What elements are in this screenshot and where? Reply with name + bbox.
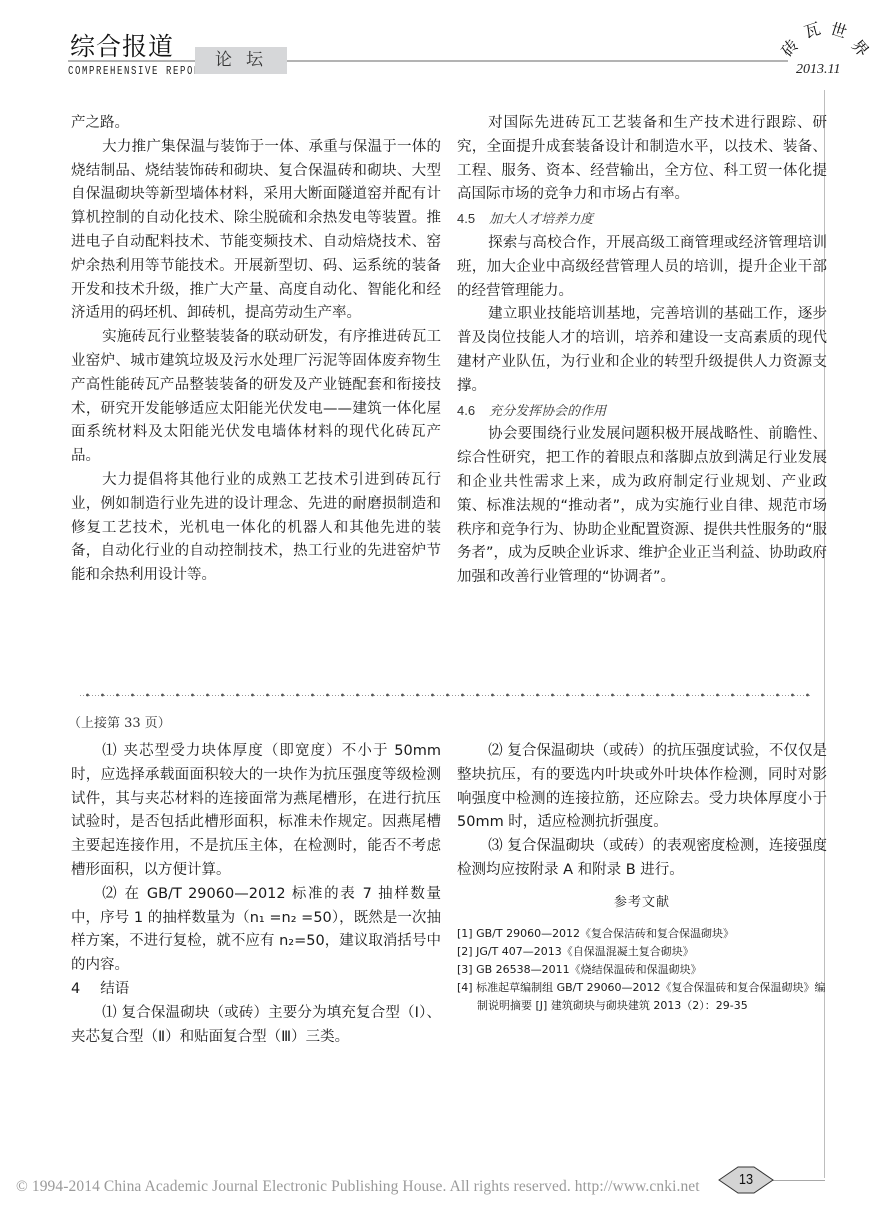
brand-char: 界 xyxy=(847,34,875,61)
reference-item: [3] GB 26538—2011《烧结保温砖和保温砌块》 xyxy=(457,961,827,979)
brand-char: 瓦 xyxy=(801,16,823,43)
paragraph: 协会要围绕行业发展问题积极开展战略性、前瞻性、综合性研究，把工作的着眼点和落脚点… xyxy=(457,423,827,590)
heading-text: 充分发挥协会的作用 xyxy=(489,404,606,419)
paragraph: 大力提倡将其他行业的成熟工艺技术引进到砖瓦行业，例如制造行业先进的设计理念、先进… xyxy=(71,469,441,588)
issue-date: 2013.11 xyxy=(796,62,840,78)
article-bottom-right-column: ⑵ 复合保温砌块（或砖）的抗压强度试验，不仅仅是整块抗压，有的要选内叶块或外叶块… xyxy=(457,740,827,1015)
section-heading-conclusion: 4结语 xyxy=(71,978,441,1002)
references-title: 参考文献 xyxy=(457,891,827,915)
section-title: 综合报道 xyxy=(70,32,174,62)
page-number-badge: 13 xyxy=(718,1166,774,1194)
copyright-footer: © 1994-2014 China Academic Journal Elect… xyxy=(16,1178,700,1196)
paragraph: 实施砖瓦行业整装装备的联动研发，有序推进砖瓦工业窑炉、城市建筑垃圾及污水处理厂污… xyxy=(71,326,441,469)
heading-text: 结语 xyxy=(100,981,129,997)
continued-from-note: （上接第 33 页） xyxy=(68,712,171,731)
paragraph: ⑶ 复合保温砌块（或砖）的表观密度检测，连接强度检测均应按附录 A 和附录 B … xyxy=(457,835,827,883)
paragraph: 产之路。 xyxy=(71,112,441,136)
paragraph: 大力推广集保温与装饰于一体、承重与保温于一体的烧结制品、烧结装饰砖和砌块、复合保… xyxy=(71,136,441,326)
heading-number: 4.5 xyxy=(457,211,475,226)
brand-char: 砖 xyxy=(775,34,803,61)
heading-number: 4.6 xyxy=(457,403,475,418)
reference-item: [4] 标准起草编制组 GB/T 29060—2012《复合保温砖和复合保温砌块… xyxy=(457,979,827,1015)
header-rule xyxy=(68,60,788,62)
heading-number: 4 xyxy=(71,981,80,997)
section-subtitle: COMPREHENSIVE REPORT xyxy=(68,65,208,78)
paragraph: ⑵ 复合保温砌块（或砖）的抗压强度试验，不仅仅是整块抗压，有的要选内叶块或外叶块… xyxy=(457,740,827,835)
journal-brand-logo: 砖 瓦 世 界 xyxy=(777,12,873,60)
section-heading-4-5: 4.5加大人才培养力度 xyxy=(457,207,827,232)
paragraph: ⑵ 在 GB/T 29060—2012 标准的表 7 抽样数量中，序号 1 的抽… xyxy=(71,883,441,978)
heading-text: 加大人才培养力度 xyxy=(489,212,593,227)
article-top-right-column: 对国际先进砖瓦工艺装备和生产技术进行跟踪、研究，全面提升成套装备设计和制造水平，… xyxy=(457,112,827,590)
dotted-diamond-separator xyxy=(80,692,810,698)
paragraph: ⑴ 复合保温砌块（或砖）主要分为填充复合型（Ⅰ）、夹芯复合型（Ⅱ）和贴面复合型（… xyxy=(71,1002,441,1050)
column-tab-label: 论坛 xyxy=(195,47,287,74)
references-list: [1] GB/T 29060—2012《复合保洁砖和复合保温砌块》 [2] JG… xyxy=(457,925,827,1015)
article-top-left-column: 产之路。 大力推广集保温与装饰于一体、承重与保温于一体的烧结制品、烧结装饰砖和砌… xyxy=(71,112,441,588)
section-heading-4-6: 4.6充分发挥协会的作用 xyxy=(457,399,827,424)
page-number: 13 xyxy=(722,1171,770,1188)
paragraph: 对国际先进砖瓦工艺装备和生产技术进行跟踪、研究，全面提升成套装备设计和制造水平，… xyxy=(457,112,827,207)
reference-item: [2] JG/T 407—2013《自保温混凝土复合砌块》 xyxy=(457,943,827,961)
paragraph: 建立职业技能培训基地，完善培训的基础工作，逐步普及岗位技能人才的培训，培养和建设… xyxy=(457,303,827,398)
brand-char: 世 xyxy=(828,16,850,43)
paragraph: 探索与高校合作，开展高级工商管理或经济管理培训班，加大企业中高级经营管理人员的培… xyxy=(457,232,827,303)
paragraph: ⑴ 夹芯型受力块体厚度（即宽度）不小于 50mm 时，应选择承载面面积较大的一块… xyxy=(71,740,441,883)
article-bottom-left-column: ⑴ 夹芯型受力块体厚度（即宽度）不小于 50mm 时，应选择承载面面积较大的一块… xyxy=(71,740,441,1049)
reference-item: [1] GB/T 29060—2012《复合保洁砖和复合保温砌块》 xyxy=(457,925,827,943)
